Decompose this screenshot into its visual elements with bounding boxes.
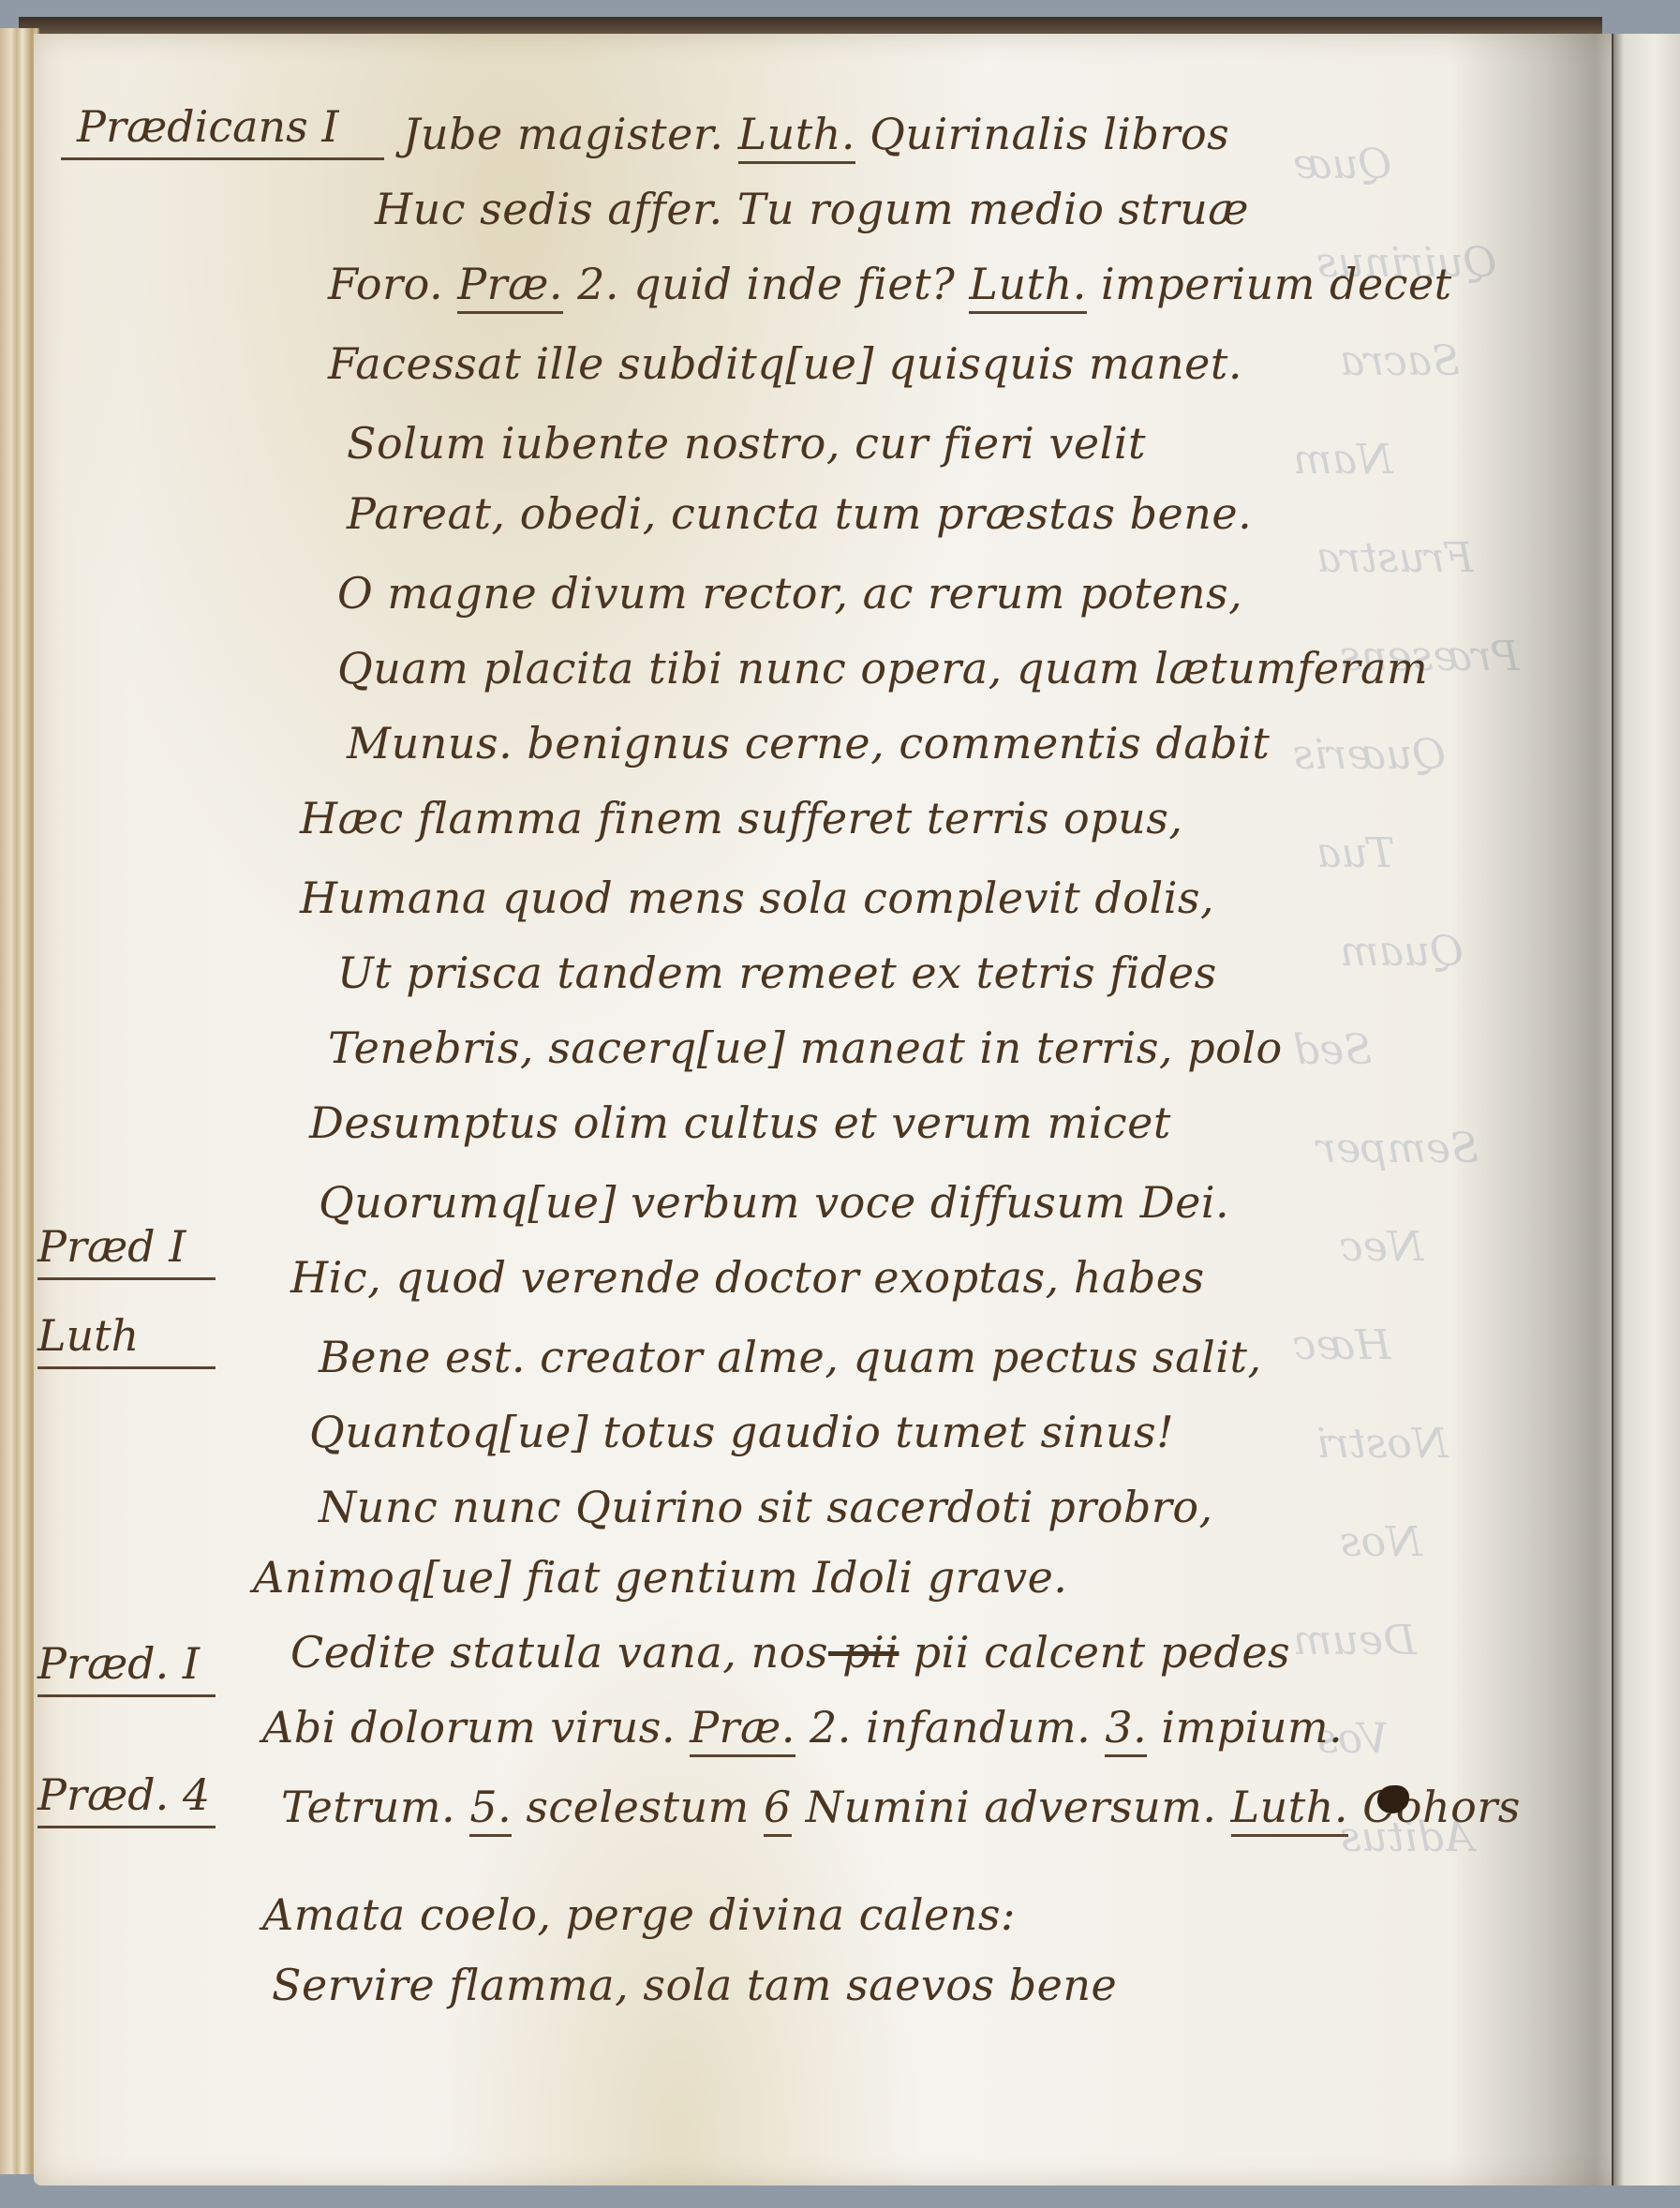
show-through-word: Nos <box>1340 1518 1422 1566</box>
show-through-word: Quam <box>1340 928 1464 976</box>
word: struæ <box>1119 184 1249 234</box>
show-through-word: Tua <box>1316 829 1395 877</box>
word: scelestum <box>526 1782 749 1832</box>
word: mens <box>627 873 745 923</box>
word: Præ. <box>690 1702 795 1757</box>
word: probro, <box>1048 1482 1212 1532</box>
word: sufferet <box>738 793 913 843</box>
word: bene <box>1009 1960 1118 2010</box>
word: sacerq[ue] <box>548 1022 785 1073</box>
verse-line: Quantoq[ue] totus gaudio tumet sinus! <box>309 1407 1174 1457</box>
verse-line: Munus. benignus cerne, commentis dabit <box>347 718 1270 768</box>
word: Quirinalis <box>870 109 1089 159</box>
word: tam <box>747 1960 832 2010</box>
word: totus <box>602 1407 715 1457</box>
show-through-word: Quæris <box>1293 731 1446 779</box>
verse-line: Quam placita tibi nunc opera, quam lætum… <box>337 643 1428 694</box>
word: Tetrum. <box>281 1782 455 1832</box>
verse-line: Ut prisca tandem remeet ex tetris fides <box>337 947 1217 998</box>
show-through-word: Sacra <box>1340 337 1460 385</box>
word: verum <box>891 1097 1033 1148</box>
word: terris, <box>1036 1022 1173 1073</box>
word: voce <box>814 1177 916 1228</box>
verse-line: Humana quod mens sola complevit dolis, <box>300 873 1214 923</box>
word: tibi <box>648 643 722 694</box>
word: quid <box>633 259 732 309</box>
word: quod <box>395 1252 506 1303</box>
word: est. <box>445 1332 526 1382</box>
word: verbum <box>631 1177 800 1228</box>
word: sola <box>643 1960 732 2010</box>
word: rerum <box>928 568 1065 619</box>
word: pedes <box>1160 1627 1290 1678</box>
verse-line: Tetrum. 5. scelestum 6 Numini adversum. … <box>281 1782 1521 1832</box>
word: Tu <box>737 184 795 234</box>
word: sit <box>758 1482 812 1532</box>
word: Quorumq[ue] <box>319 1177 617 1228</box>
word: manet. <box>1089 338 1242 389</box>
word: saevos <box>846 1960 995 2010</box>
word: dabit <box>1155 718 1270 768</box>
word: cultus <box>684 1097 820 1148</box>
word: calcent <box>984 1627 1146 1678</box>
word: salit, <box>1152 1332 1262 1382</box>
word: doctor <box>715 1252 859 1303</box>
word: opus, <box>1063 793 1183 843</box>
word: Munus. <box>347 718 513 768</box>
word: subditq[ue] <box>618 338 874 389</box>
speaker-underline <box>37 1277 216 1280</box>
word: Pareat, <box>347 488 506 539</box>
word: Hæc <box>300 793 404 843</box>
show-through-word: Nostri <box>1316 1420 1448 1468</box>
word: fides <box>1109 947 1217 998</box>
speaker-underline <box>37 1366 216 1369</box>
word: Facessat <box>328 338 521 389</box>
show-through-word: Semper <box>1316 1125 1479 1172</box>
word: libros <box>1103 109 1229 159</box>
word: dolorum <box>350 1702 536 1753</box>
word: diffusum <box>930 1177 1126 1228</box>
word: affer. <box>607 184 722 234</box>
word: opera, <box>860 643 1002 694</box>
verse-line: Nunc nunc Quirino sit sacerdoti probro, <box>319 1482 1213 1532</box>
word: 2. <box>810 1702 852 1753</box>
word: dolis, <box>1094 873 1214 923</box>
speaker-label: Præd I <box>37 1221 186 1272</box>
verse-line: Hæc flamma finem sufferet terris opus, <box>300 793 1183 843</box>
show-through-word: Nam <box>1293 436 1392 484</box>
word: virus. <box>550 1702 676 1753</box>
word: placita <box>483 643 634 694</box>
word: grave. <box>928 1552 1068 1603</box>
word: iubente <box>501 418 670 469</box>
word: rogum <box>809 184 954 234</box>
show-through-word: Nec <box>1340 1223 1423 1271</box>
word: polo <box>1187 1022 1283 1073</box>
word: et <box>834 1097 878 1148</box>
verse-line: Hic, quod verende doctor exoptas, habes <box>290 1252 1205 1303</box>
word: coelo, <box>420 1889 552 1940</box>
verse-line: Huc sedis affer. Tu rogum medio struæ <box>375 184 1249 234</box>
word: cerne, <box>745 718 885 768</box>
word: adversum. <box>984 1782 1216 1832</box>
word: Præ. <box>457 259 563 314</box>
word: Foro. <box>328 259 443 309</box>
word: Luth. <box>969 259 1086 314</box>
word: inde <box>747 259 843 309</box>
word: magne <box>387 568 537 619</box>
word: quam <box>1017 643 1140 694</box>
speaker-underline <box>37 1694 216 1697</box>
word: Cedite <box>290 1627 436 1678</box>
word: tetris <box>976 947 1096 998</box>
struck-word: pii <box>828 1627 899 1678</box>
facing-page-gutter <box>1612 34 1680 2186</box>
verse-line: Desumptus olim cultus et verum micet <box>309 1097 1171 1148</box>
word: sacerdoti <box>826 1482 1033 1532</box>
word: tum <box>835 488 922 539</box>
verse-line: Facessat ille subditq[ue] quisquis manet… <box>328 338 1242 389</box>
word: benignus <box>527 718 730 768</box>
word: Amata <box>262 1889 406 1940</box>
word: fieri <box>943 418 1034 469</box>
verse-line: Pareat, obedi, cuncta tum præstas bene. <box>347 488 1252 539</box>
word: bene. <box>1130 488 1253 539</box>
word: prisca <box>406 947 543 998</box>
word: finem <box>598 793 724 843</box>
verse-line: Animoq[ue] fiat gentium Idoli grave. <box>253 1552 1067 1603</box>
word: Quirino <box>575 1482 744 1532</box>
word: medio <box>968 184 1104 234</box>
show-through-word: Deum <box>1293 1617 1416 1664</box>
word: Numini <box>806 1782 971 1832</box>
verse-line: Servire flamma, sola tam saevos bene <box>272 1960 1117 2010</box>
word: commentis <box>899 718 1141 768</box>
word: Animoq[ue] <box>253 1552 512 1603</box>
word: Nunc <box>319 1482 438 1532</box>
show-through-word: Hæc <box>1293 1321 1390 1369</box>
verse-line: Abi dolorum virus. Præ. 2. infandum. 3. … <box>262 1702 1343 1753</box>
word: Huc <box>375 184 466 234</box>
word: ac <box>863 568 914 619</box>
show-through-word: Frustra <box>1316 534 1473 582</box>
word: Quam <box>337 643 468 694</box>
word: Hic, <box>290 1252 381 1303</box>
word: Jube <box>403 109 503 159</box>
word: imperium <box>1101 259 1316 309</box>
word: quam <box>854 1332 977 1382</box>
word: fiet? <box>857 259 956 309</box>
word: creator <box>540 1332 703 1382</box>
word: Idoli <box>812 1552 913 1603</box>
word: Humana <box>300 873 488 923</box>
word: gaudio <box>730 1407 881 1457</box>
word: obedi, <box>520 488 657 539</box>
word: Luth. <box>1231 1782 1348 1837</box>
word: verende <box>521 1252 701 1303</box>
speaker-label: Præd. I <box>37 1638 200 1689</box>
word: potens, <box>1079 568 1242 619</box>
verse-line: Bene est. creator alme, quam pectus sali… <box>319 1332 1262 1382</box>
speaker-underline <box>37 1826 216 1828</box>
word: remeet <box>738 947 897 998</box>
word: sola <box>760 873 849 923</box>
word: decet <box>1330 259 1452 309</box>
word: habes <box>1074 1252 1205 1303</box>
word: maneat <box>800 1022 966 1073</box>
word: Servire <box>272 1960 435 2010</box>
word: quod <box>502 873 613 923</box>
word: tandem <box>557 947 724 998</box>
show-through-word: Sed <box>1293 1026 1372 1074</box>
verse-line: Amata coelo, perge divina calens: <box>262 1889 1016 1940</box>
verse-line: Cedite statula vana, nos pii pii calcent… <box>290 1627 1290 1678</box>
word: sedis <box>480 184 593 234</box>
word: 6 <box>764 1782 792 1837</box>
speaker-label: Luth <box>37 1310 139 1361</box>
word: fiat <box>526 1552 601 1603</box>
speaker-label: Prædicans I <box>77 101 339 152</box>
word: Ut <box>337 947 392 998</box>
word: Solum <box>347 418 487 469</box>
verse-line: O magne divum rector, ac rerum potens, <box>337 568 1242 619</box>
word: lætumferam <box>1154 643 1428 694</box>
word: Luth. <box>738 109 855 164</box>
word: cuncta <box>671 488 821 539</box>
show-through-word: Quæ <box>1293 141 1392 188</box>
verse-line: Quorumq[ue] verbum voce diffusum Dei. <box>319 1177 1229 1228</box>
word: sinus! <box>1040 1407 1174 1457</box>
word: nos <box>751 1627 828 1678</box>
word: calens: <box>859 1889 1016 1940</box>
word: Dei. <box>1140 1177 1229 1228</box>
word: nunc <box>452 1482 561 1532</box>
word: exoptas, <box>873 1252 1059 1303</box>
word: 2. <box>577 259 619 309</box>
word: Quantoq[ue] <box>309 1407 588 1457</box>
word: nostro, <box>684 418 840 469</box>
word: vana, <box>617 1627 737 1678</box>
word: terris <box>927 793 1049 843</box>
verse-line: Solum iubente nostro, cur fieri velit <box>347 418 1146 469</box>
word: velit <box>1048 418 1146 469</box>
word: micet <box>1048 1097 1171 1148</box>
verse-line: Foro. Præ. 2. quid inde fiet? Luth. impe… <box>328 259 1452 309</box>
word: flamma <box>418 793 584 843</box>
word: rector, <box>702 568 848 619</box>
word: Abi <box>262 1702 336 1753</box>
word: alme, <box>717 1332 839 1382</box>
word: 5. <box>469 1782 512 1837</box>
word: magister. <box>517 109 724 159</box>
word: pii <box>914 1627 970 1678</box>
word: 3. <box>1105 1702 1147 1757</box>
verse-line: Jube magister. Luth. Quirinalis libros <box>403 109 1229 159</box>
word: Bene <box>319 1332 431 1382</box>
word: divum <box>551 568 688 619</box>
speaker-label: Præd. 4 <box>37 1769 210 1820</box>
word: O <box>337 568 373 619</box>
verse-line: Tenebris, sacerq[ue] maneat in terris, p… <box>328 1022 1283 1073</box>
word: impium. <box>1161 1702 1343 1753</box>
word: perge <box>566 1889 695 1940</box>
word: Tenebris, <box>328 1022 534 1073</box>
word: cur <box>855 418 929 469</box>
word: præstas <box>936 488 1115 539</box>
word: ille <box>535 338 603 389</box>
word: flamma, <box>449 1960 629 2010</box>
word: divina <box>709 1889 845 1940</box>
word: complevit <box>863 873 1080 923</box>
word: in <box>979 1022 1021 1073</box>
speaker-underline <box>61 157 384 160</box>
word: gentium <box>615 1552 798 1603</box>
word: olim <box>573 1097 670 1148</box>
word: pectus <box>991 1332 1138 1382</box>
word: nunc <box>737 643 847 694</box>
word: Desumptus <box>309 1097 559 1148</box>
word: tumet <box>895 1407 1026 1457</box>
word: quisquis <box>888 338 1075 389</box>
word: infandum. <box>866 1702 1091 1753</box>
word: ex <box>911 947 961 998</box>
word: statula <box>450 1627 602 1678</box>
